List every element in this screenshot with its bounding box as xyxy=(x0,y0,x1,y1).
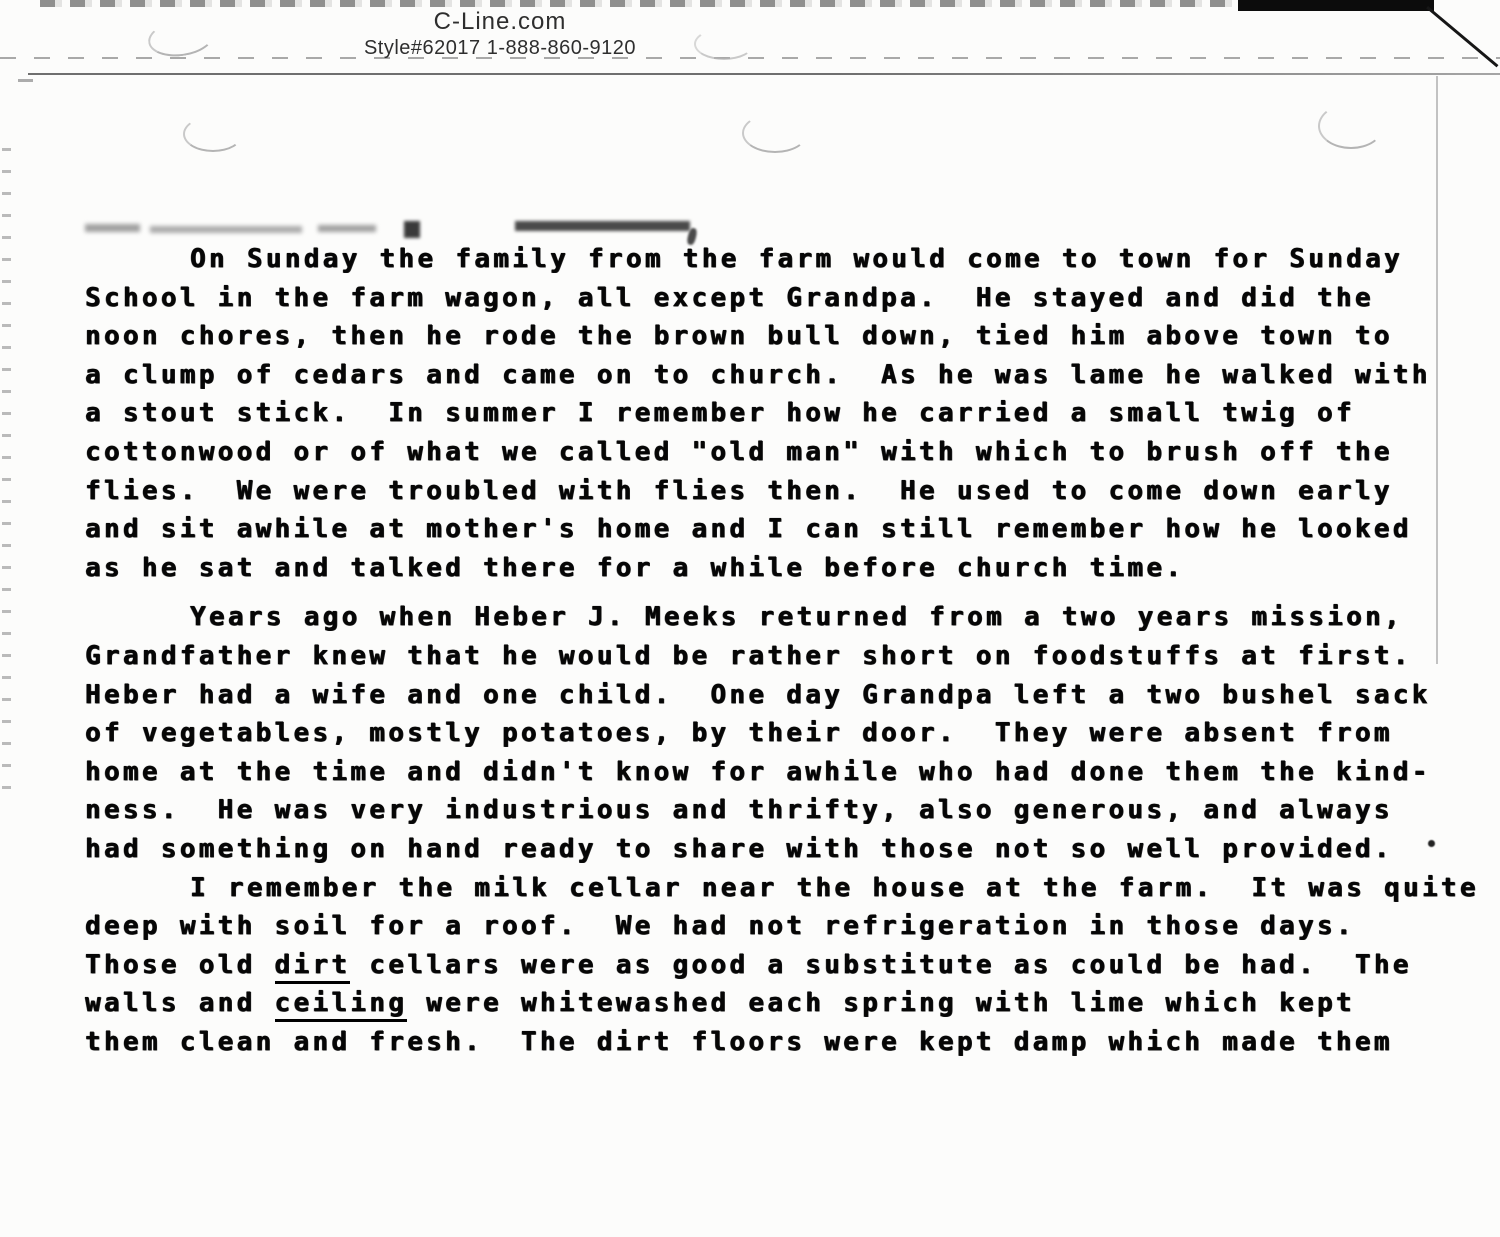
sheet-brand-label: C-Line.com xyxy=(330,8,670,36)
text-line: them clean and fresh. The dirt floors we… xyxy=(85,1023,1465,1062)
text-line: noon chores, then he rode the brown bull… xyxy=(85,317,1465,356)
scan-artifact-dash xyxy=(18,79,33,82)
smudged-line-artifact xyxy=(150,226,302,233)
text-line: Grandfather knew that he would be rather… xyxy=(85,637,1465,676)
text-line: a clump of cedars and came on to church.… xyxy=(85,356,1465,395)
typewritten-text: On Sunday the family from the farm would… xyxy=(85,240,1465,1061)
scan-artifact-top-edge xyxy=(40,0,1240,7)
binder-hole-mark xyxy=(183,116,243,152)
scan-artifact-corner-shadow xyxy=(1238,0,1434,11)
scanned-page: C-Line.com Style#62017 1-888-860-9120 On… xyxy=(0,0,1500,1237)
smudged-line-artifact xyxy=(404,221,420,238)
text-line: and sit awhile at mother's home and I ca… xyxy=(85,510,1465,549)
text-line: deep with soil for a roof. We had not re… xyxy=(85,907,1465,946)
binder-hole-mark xyxy=(742,113,808,153)
text-line: Heber had a wife and one child. One day … xyxy=(85,676,1465,715)
text-line: home at the time and didn't know for awh… xyxy=(85,753,1465,792)
text-line: as he sat and talked there for a while b… xyxy=(85,549,1465,588)
sheet-edge-line xyxy=(28,73,1500,75)
text-line: ness. He was very industrious and thrift… xyxy=(85,791,1465,830)
text-line: Those old dirt cellars were as good a su… xyxy=(85,946,1465,985)
text-line: of vegetables, mostly potatoes, by their… xyxy=(85,714,1465,753)
text-line: I remember the milk cellar near the hous… xyxy=(85,869,1465,908)
text-line: a stout stick. In summer I remember how … xyxy=(85,394,1465,433)
sheet-protector-label: C-Line.com Style#62017 1-888-860-9120 xyxy=(330,8,670,60)
binder-hole-mark xyxy=(694,28,754,60)
text-line: On Sunday the family from the farm would… xyxy=(85,240,1465,279)
sheet-style-label: Style#62017 1-888-860-9120 xyxy=(330,37,670,60)
text-line: walls and ceiling were whitewashed each … xyxy=(85,984,1465,1023)
text-line: cottonwood or of what we called "old man… xyxy=(85,433,1465,472)
text-line: had something on hand ready to share wit… xyxy=(85,830,1465,869)
text-line: flies. We were troubled with flies then.… xyxy=(85,472,1465,511)
binder-hole-mark xyxy=(146,16,216,61)
text-line: School in the farm wagon, all except Gra… xyxy=(85,279,1465,318)
smudged-line-artifact xyxy=(515,221,690,231)
perforation-dash-line xyxy=(0,57,1500,59)
smudged-line-artifact xyxy=(318,225,376,232)
perforation-left-edge xyxy=(2,148,11,796)
smudged-line-artifact xyxy=(85,224,140,232)
binder-hole-mark xyxy=(1318,103,1384,149)
text-line: Years ago when Heber J. Meeks returned f… xyxy=(85,598,1465,637)
